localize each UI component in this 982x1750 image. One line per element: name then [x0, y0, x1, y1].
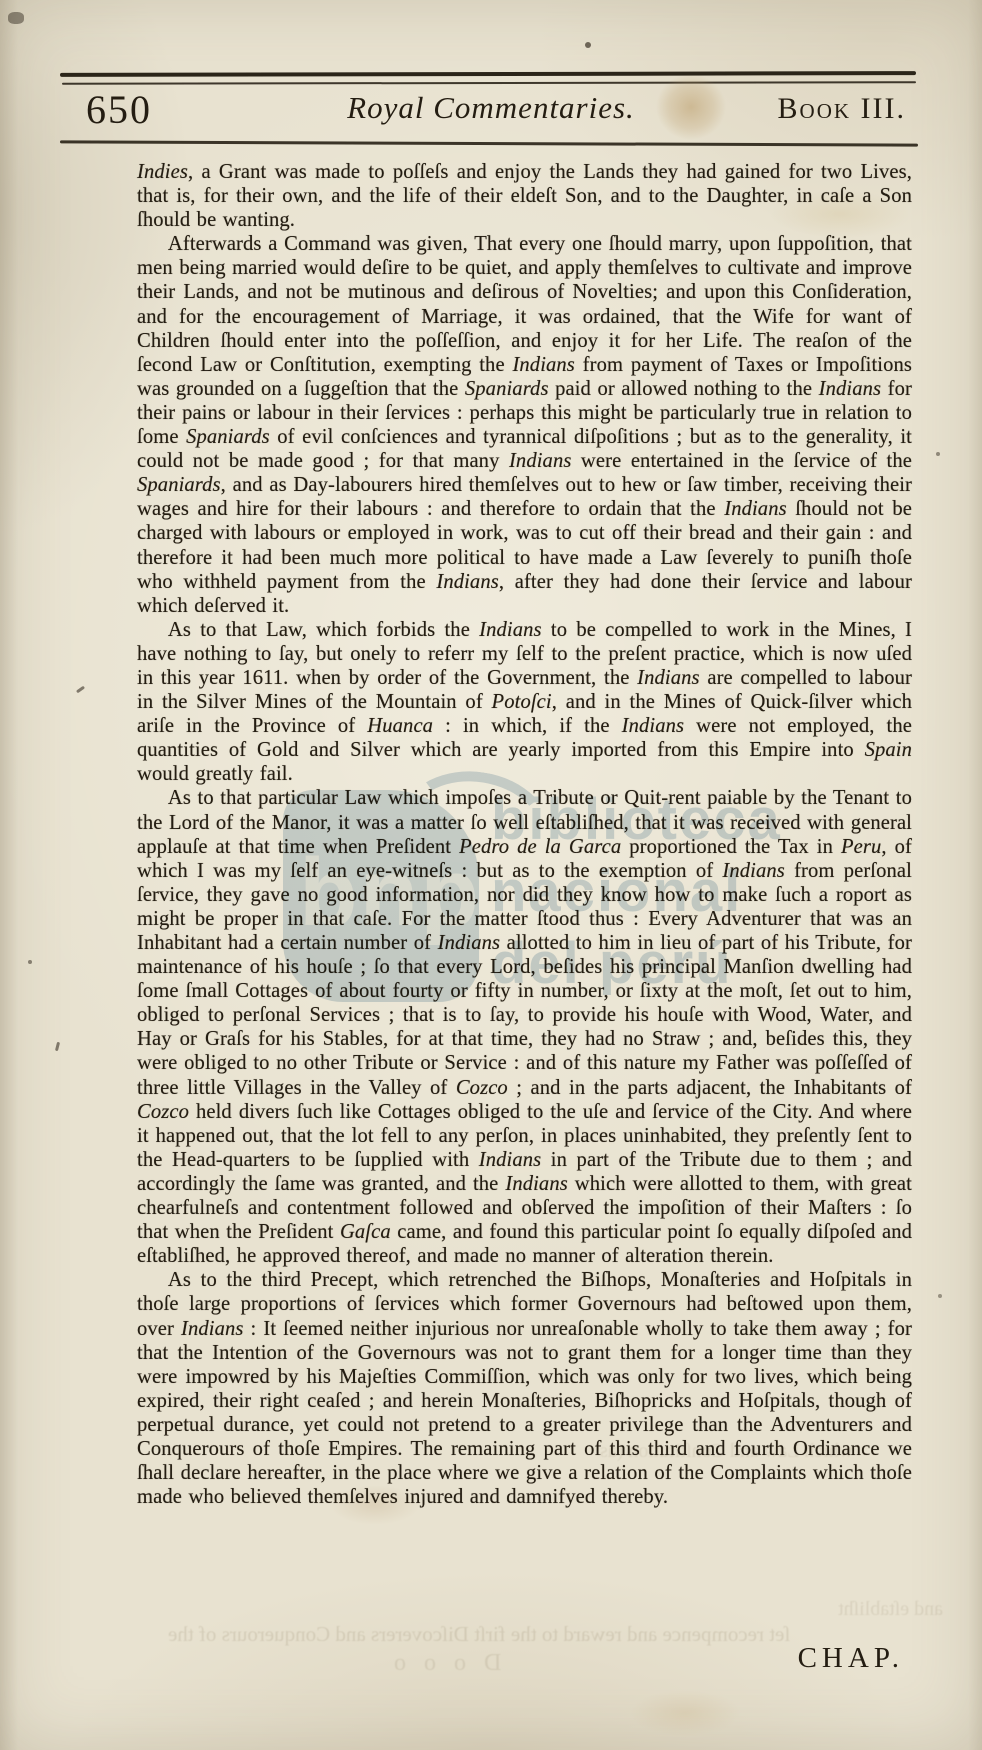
paragraph: As to the third Precept, which retrenche… — [137, 1268, 912, 1509]
show-through-fragment: and eſtabliſht — [838, 1598, 943, 1621]
ink-speck — [28, 960, 32, 964]
show-through-fragment: ſet recompence and reward to the firſt D… — [168, 1622, 790, 1647]
ink-speck — [55, 1042, 60, 1051]
paragraph: Afterwards a Command was given, That eve… — [137, 232, 912, 618]
ink-speck — [936, 452, 940, 456]
paper-stain — [630, 1690, 740, 1736]
show-through-fragment: D o o o — [388, 1650, 501, 1677]
header-rule-top-second — [62, 81, 916, 84]
ink-speck — [938, 1294, 942, 1298]
catchword: CHAP. — [798, 1642, 904, 1675]
header-rule-bottom — [60, 140, 918, 146]
header-rule-top — [60, 71, 916, 77]
paragraph: As to that particular Law which impoſes … — [137, 786, 912, 1268]
book-page-scan: which Law and Conſtitution (as and eſtab… — [0, 0, 982, 1750]
paragraph: As to that Law, which forbids the Indian… — [137, 618, 912, 787]
paragraph: Indies, a Grant was made to poſſeſs and … — [137, 160, 912, 232]
ink-speck — [585, 42, 591, 48]
ink-speck — [76, 686, 85, 694]
book-label: Book III. — [778, 92, 906, 126]
page-body: Indies, a Grant was made to poſſeſs and … — [137, 160, 912, 1509]
ink-speck — [8, 12, 24, 24]
